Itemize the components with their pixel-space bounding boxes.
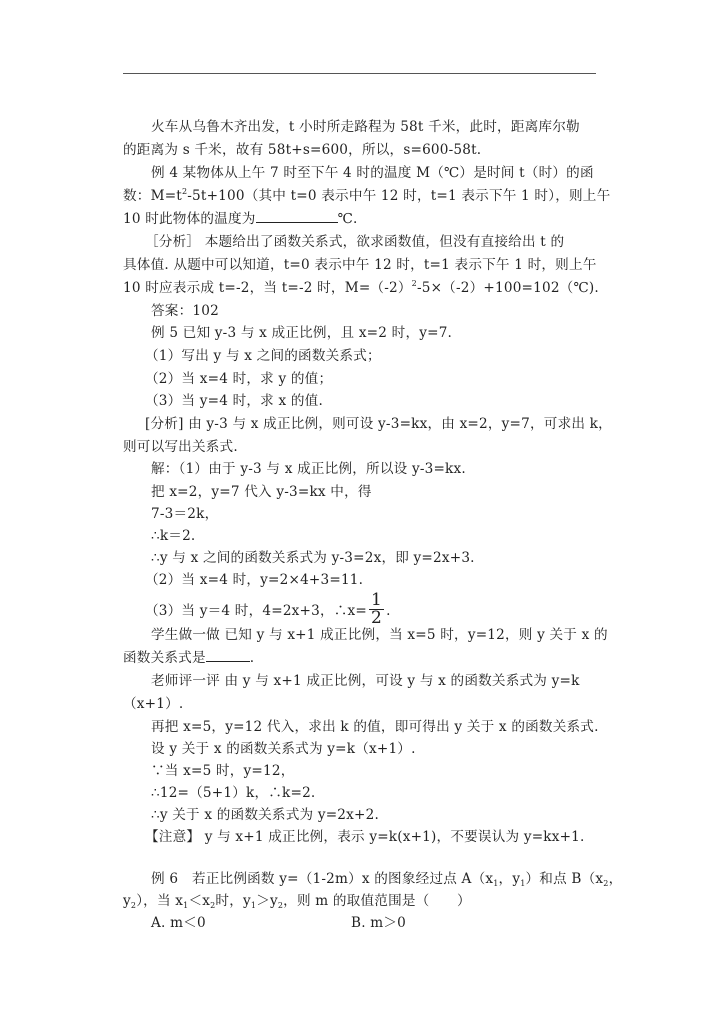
solution-line: ∴k＝2. xyxy=(123,527,601,545)
paragraph-line: 具体值. 从题中可以知道，t=0 表示中午 12 时，t=1 表示下午 1 时，… xyxy=(123,256,601,274)
solution-line: ∵当 x=5 时，y=12， xyxy=(123,762,601,780)
paragraph-line: 则可以写出关系式. xyxy=(123,438,601,456)
formula-text: 数：M=t xyxy=(123,188,182,204)
solution-line: 设 y 关于 x 的函数关系式为 y=k（x+1）. xyxy=(123,740,601,758)
note-line: 【注意】 y 与 x+1 成正比例，表示 y=k(x+1)，不要误认为 y=kx… xyxy=(123,828,601,846)
fraction-denominator: 2 xyxy=(369,610,384,627)
question-item: （1）写出 y 与 x 之间的函数关系式； xyxy=(123,347,601,365)
solution-line: ∴y 与 x 之间的函数关系式为 y-3=2x，即 y=2x+3. xyxy=(123,549,601,567)
question-text: ）和点 B（x xyxy=(526,871,604,887)
paragraph-line: y2），当 x1＜x2时，y1＞y2，则 m 的取值范围是（ ） xyxy=(123,892,601,910)
answer-blank xyxy=(206,649,250,662)
question-text: ，则 m 的取值范围是（ ） xyxy=(283,893,471,909)
period: . xyxy=(386,603,391,619)
paragraph-line: 火车从乌鲁木齐出发，t 小时所走路程为 58t 千米，此时，距离库尔勒 xyxy=(123,118,601,136)
analysis-line: ［分析］ 本题给出了函数关系式，欲求函数值，但没有直接给出 t 的 xyxy=(123,233,601,251)
solution-line: ∴12=（5+1）k，∴k=2. xyxy=(123,784,601,802)
paragraph-line: 10 时应表示成 t=-2，当 t=-2 时，M=（-2）2-5×（-2）+10… xyxy=(123,279,601,297)
unit-text: ℃. xyxy=(338,211,358,227)
teacher-comment-line: 老师评一评 由 y 与 x+1 成正比例，可设 y 与 x 的函数关系式为 y=… xyxy=(123,672,601,690)
paragraph-line: 数：M=t2-5t+100（其中 t=0 表示中午 12 时，t=1 表示下午 … xyxy=(123,187,601,205)
option-label: A. xyxy=(151,915,166,931)
example-6-title: 例 6 若正比例函数 y=（1-2m）x 的图象经过点 A（x1，y1）和点 B… xyxy=(123,870,601,888)
question-text: ，y xyxy=(499,871,521,887)
solution-line: 7-3＝2k， xyxy=(123,505,601,523)
question-text: ， xyxy=(609,871,623,887)
option-text: m＜0 xyxy=(170,915,206,931)
option-a: A. m＜0 xyxy=(151,914,351,932)
question-text: ），当 x xyxy=(136,893,183,909)
solution-line: 解：（1）由于 y-3 与 x 成正比例，所以设 y-3=kx. xyxy=(123,460,601,478)
formula-text: 10 时应表示成 t=-2，当 t=-2 时，M=（-2） xyxy=(123,280,412,296)
paragraph-line: （x+1）. xyxy=(123,695,601,713)
fraction: 12 xyxy=(369,592,384,627)
formula-text: （3）当 y＝4 时，4=2x+3，∴x= xyxy=(145,603,367,619)
question-text: ＜x xyxy=(188,893,210,909)
answer-line: 答案：102 xyxy=(123,302,601,320)
example-5-title: 例 5 已知 y-3 与 x 成正比例，且 x=2 时，y=7. xyxy=(123,324,601,342)
practice-line: 学生做一做 已知 y 与 x+1 成正比例，当 x=5 时，y=12，则 y 关… xyxy=(123,626,601,644)
option-text: m＞0 xyxy=(370,915,406,931)
question-text: 例 6 若正比例函数 y=（1-2m）x 的图象经过点 A（x xyxy=(151,871,493,887)
formula-text: -5t+100（其中 t=0 表示中午 12 时，t=1 表示下午 1 时），则… xyxy=(187,188,610,204)
example-4-title: 例 4 某物体从上午 7 时至下午 4 时的温度 M（℃）是时间 t（时）的函 xyxy=(123,164,601,182)
analysis-line: [分析] 由 y-3 与 x 成正比例，则可设 y-3=kx，由 x=2，y=7… xyxy=(123,415,601,433)
question-text: 10 时此物体的温度为 xyxy=(123,211,256,227)
solution-line: 把 x=2，y=7 代入 y-3=kx 中，得 xyxy=(123,483,601,501)
formula-text: -5×（-2）+100=102（℃). xyxy=(417,280,599,296)
solution-line: （3）当 y＝4 时，4=2x+3，∴x=12. xyxy=(123,594,601,629)
option-label: B. xyxy=(351,915,366,931)
answer-blank xyxy=(256,210,338,223)
question-text: ＞y xyxy=(256,893,278,909)
question-text: 时，y xyxy=(215,893,250,909)
paragraph-line: 10 时此物体的温度为℃. xyxy=(123,210,601,228)
option-b: B. m＞0 xyxy=(351,914,406,932)
solution-line: ∴y 关于 x 的函数关系式为 y=2x+2. xyxy=(123,806,601,824)
solution-line: （2）当 x=4 时，y=2×4+3=11. xyxy=(123,571,601,589)
header-rule xyxy=(123,73,596,74)
solution-line: 再把 x=5，y=12 代入，求出 k 的值，即可得出 y 关于 x 的函数关系… xyxy=(123,718,601,736)
question-text: y xyxy=(123,893,131,909)
question-item: （3）当 y=4 时，求 x 的值. xyxy=(123,392,601,410)
options-row: A. m＜0B. m＞0 xyxy=(123,914,601,932)
question-text: 函数关系式是 xyxy=(123,650,206,666)
paragraph-line: 的距离为 s 千米，故有 58t+s=600，所以，s=600-58t. xyxy=(123,141,601,159)
question-item: （2）当 x=4 时，求 y 的值； xyxy=(123,370,601,388)
period: . xyxy=(250,650,255,666)
paragraph-line: 函数关系式是. xyxy=(123,649,601,667)
